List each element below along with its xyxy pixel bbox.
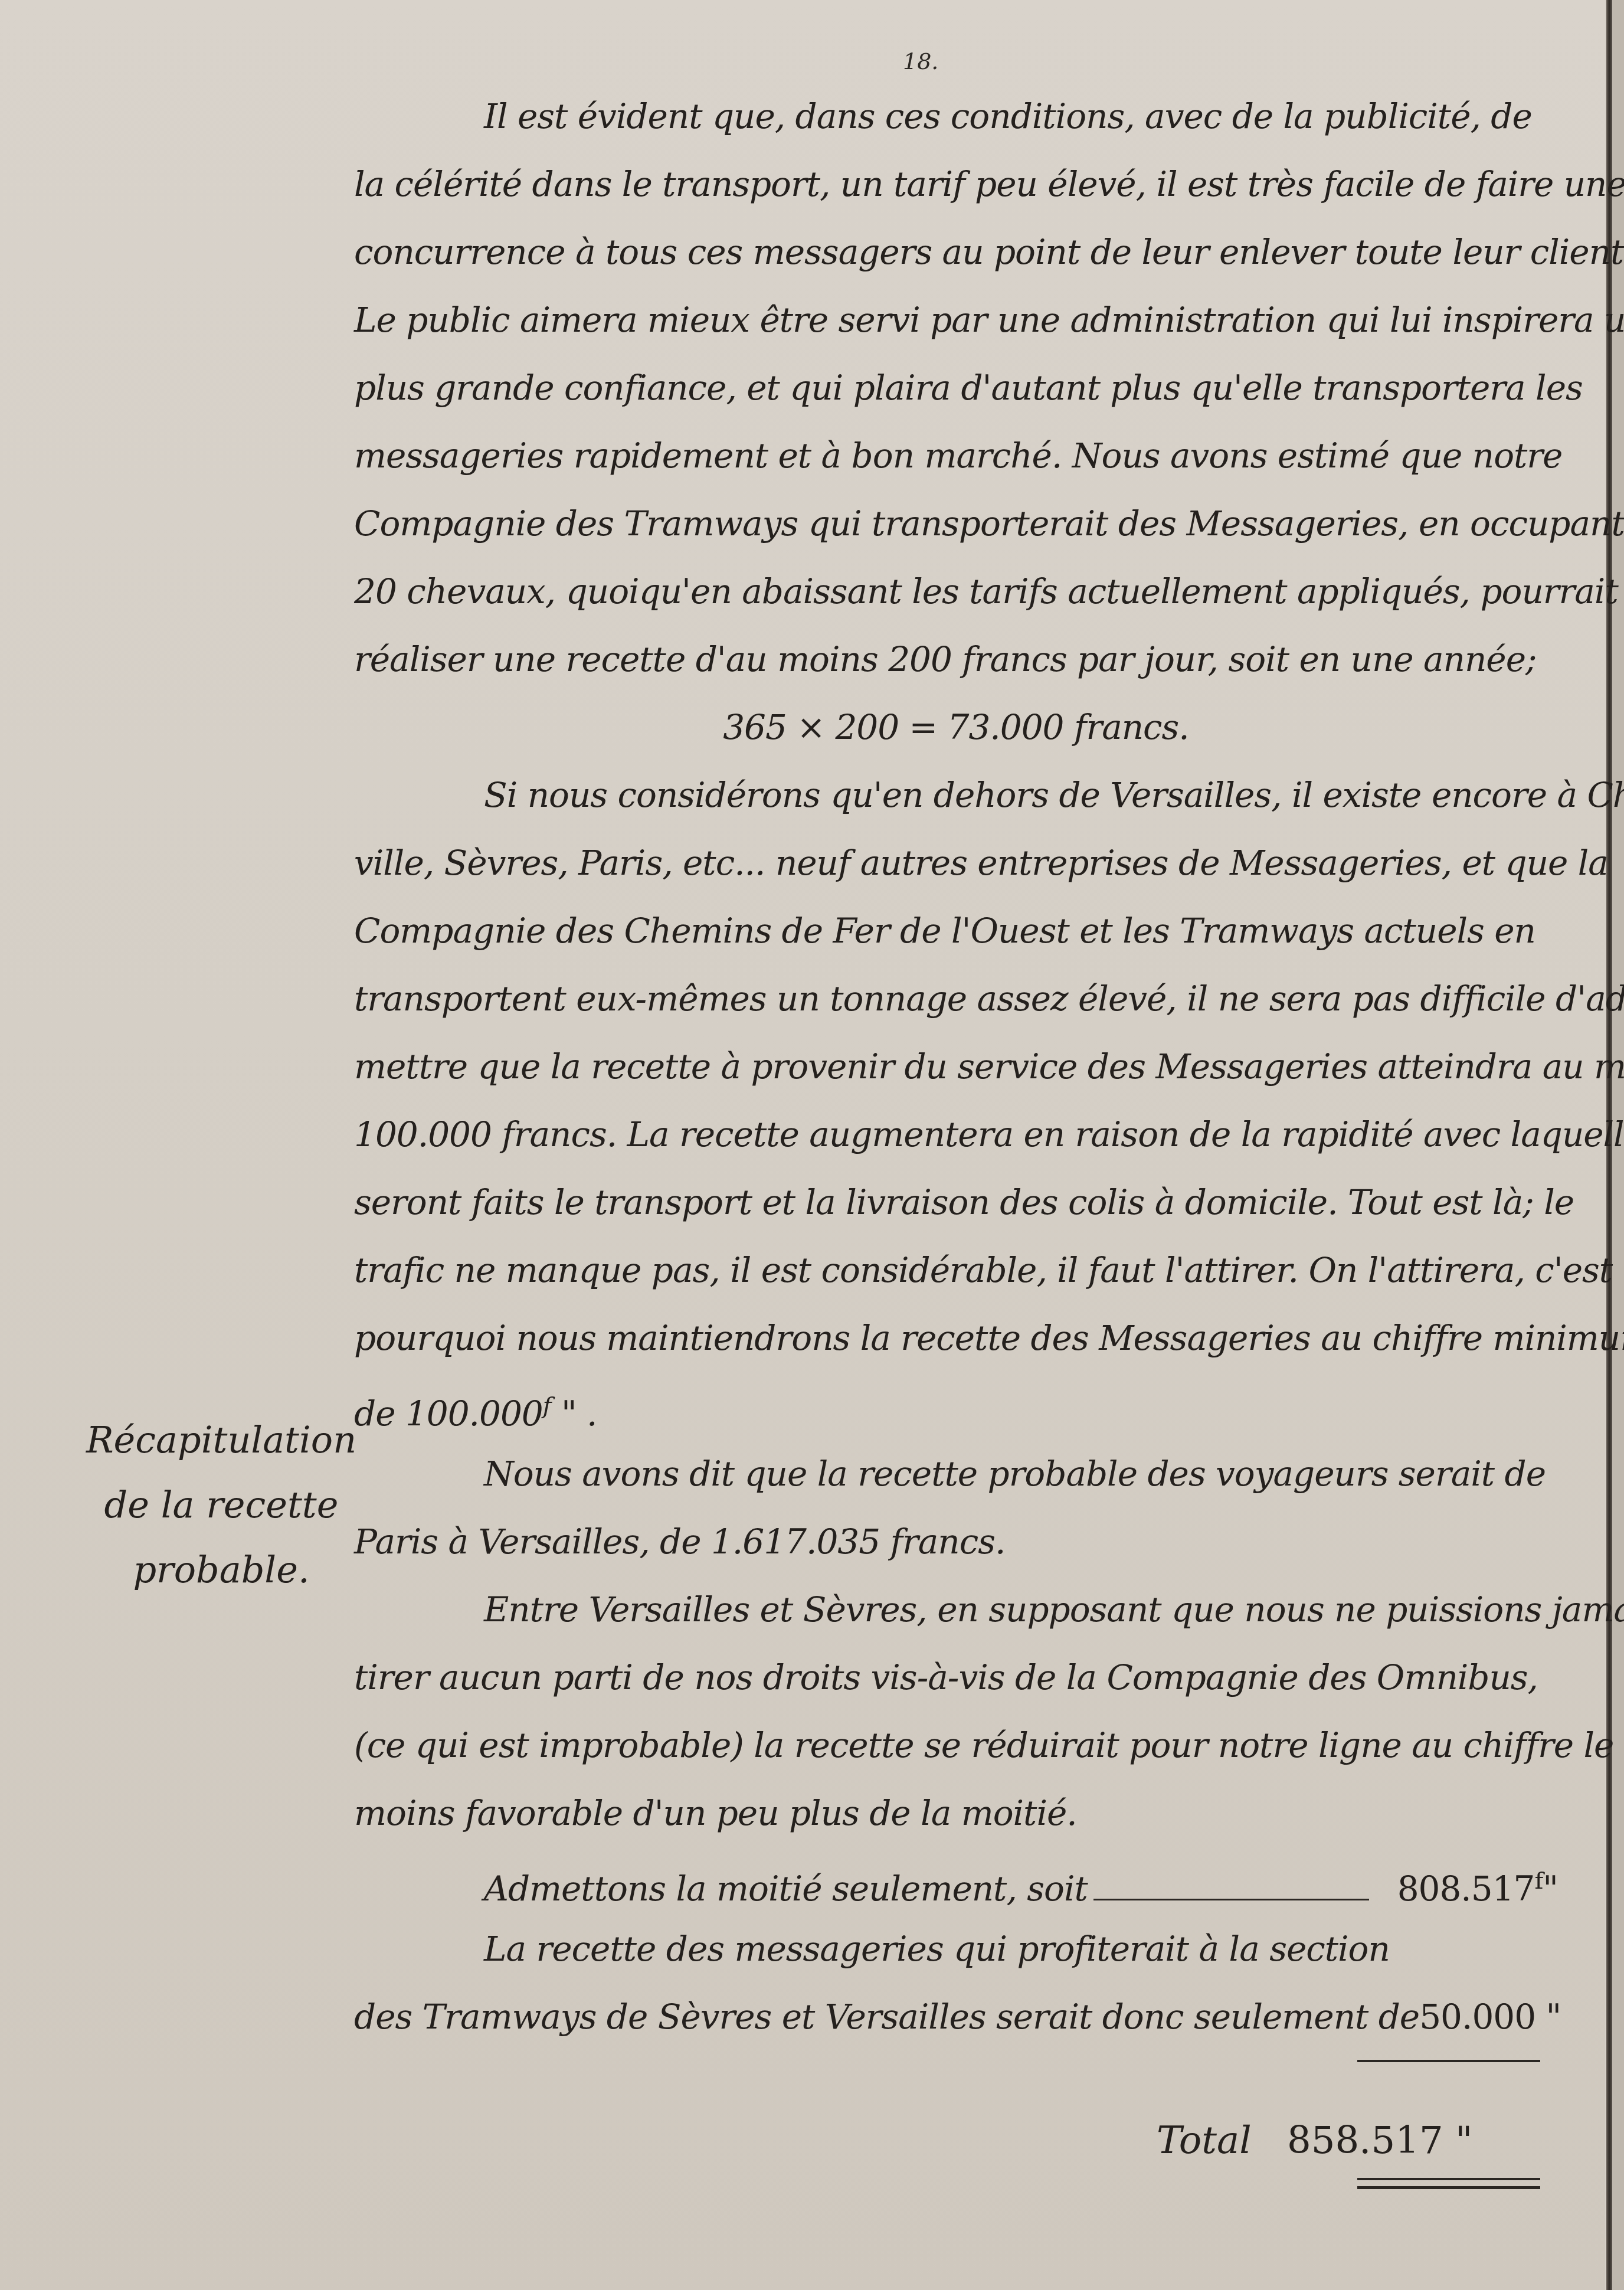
manuscript-body: Il est évident que, dans ces conditions,… xyxy=(354,83,1558,2051)
total-label: Total xyxy=(1157,2119,1252,2163)
margin-note-recapitulation: Récapitulation de la recette probable. xyxy=(56,1408,387,1602)
half-receipt-label: Admettons la moitié seulement, soit xyxy=(484,1855,1088,1923)
text-line: Il est évident que, dans ces conditions,… xyxy=(354,83,1558,151)
margin-note-line: probable. xyxy=(56,1537,387,1602)
text-line: transportent eux-mêmes un tonnage assez … xyxy=(354,965,1558,1033)
equation-line: 365 × 200 = 73.000 francs. xyxy=(354,693,1558,761)
ditto-mark: " xyxy=(1455,2119,1472,2163)
text-line: Paris à Versailles, de 1.617.035 francs. xyxy=(354,1508,1558,1576)
text-line: Le public aimera mieux être servi par un… xyxy=(354,286,1558,354)
text-line: trafic ne manque pas, il est considérabl… xyxy=(354,1236,1558,1304)
messageries-receipt-row: des Tramways de Sèvres et Versailles ser… xyxy=(354,1983,1558,2051)
text-line: 20 chevaux, quoiqu'en abaissant les tari… xyxy=(354,558,1558,626)
total-amount: 858.517 xyxy=(1287,2119,1443,2163)
double-rule-top xyxy=(1357,2178,1540,2180)
text-line: concurrence à tous ces messagers au poin… xyxy=(354,218,1558,286)
messageries-receipt-amount: 50.000 " xyxy=(1419,1983,1561,2051)
page-number: 18. xyxy=(903,48,938,74)
total-row: Total 858.517 " xyxy=(1157,2119,1472,2163)
double-rule-bottom xyxy=(1357,2186,1540,2189)
text-line: seront faits le transport et la livraiso… xyxy=(354,1169,1558,1236)
margin-note-line: Récapitulation xyxy=(56,1408,387,1473)
text-line: messageries rapidement et à bon marché. … xyxy=(354,422,1558,490)
text-line: la célérité dans le transport, un tarif … xyxy=(354,151,1558,218)
ditto-mark: " . xyxy=(551,1393,597,1434)
half-receipt-row: Admettons la moitié seulement, soit 808.… xyxy=(354,1847,1558,1915)
text-line: moins favorable d'un peu plus de la moit… xyxy=(354,1779,1558,1847)
half-receipt-amount: 808.517f" xyxy=(1381,1847,1558,1923)
text-line: mettre que la recette à provenir du serv… xyxy=(354,1033,1558,1101)
messageries-receipt-label: des Tramways de Sèvres et Versailles ser… xyxy=(354,1983,1419,2051)
text-line: La recette des messageries qui profitera… xyxy=(354,1915,1558,1983)
franc-symbol: f xyxy=(543,1392,551,1419)
text-line: Compagnie des Chemins de Fer de l'Ouest … xyxy=(354,897,1558,965)
text-line: ville, Sèvres, Paris, etc... neuf autres… xyxy=(354,829,1558,897)
text-line: Nous avons dit que la recette probable d… xyxy=(354,1440,1558,1508)
sum-rule xyxy=(1357,2060,1540,2062)
text-line: Compagnie des Tramways qui transporterai… xyxy=(354,490,1558,558)
text-line: Entre Versailles et Sèvres, en supposant… xyxy=(354,1576,1558,1644)
text-line: 100.000 francs. La recette augmentera en… xyxy=(354,1101,1558,1169)
text-line-minimum-amount: de 100.000f " . xyxy=(354,1372,1558,1440)
margin-note-line: de la recette xyxy=(56,1473,387,1537)
text-line: pourquoi nous maintiendrons la recette d… xyxy=(354,1304,1558,1372)
text-line: plus grande confiance, et qui plaira d'a… xyxy=(354,354,1558,422)
text-line: réaliser une recette d'au moins 200 fran… xyxy=(354,626,1558,693)
leader-line xyxy=(1093,1899,1369,1900)
text-line: (ce qui est improbable) la recette se ré… xyxy=(354,1712,1558,1779)
text-line: Si nous considérons qu'en dehors de Vers… xyxy=(354,761,1558,829)
text-line: tirer aucun parti de nos droits vis-à-vi… xyxy=(354,1644,1558,1712)
